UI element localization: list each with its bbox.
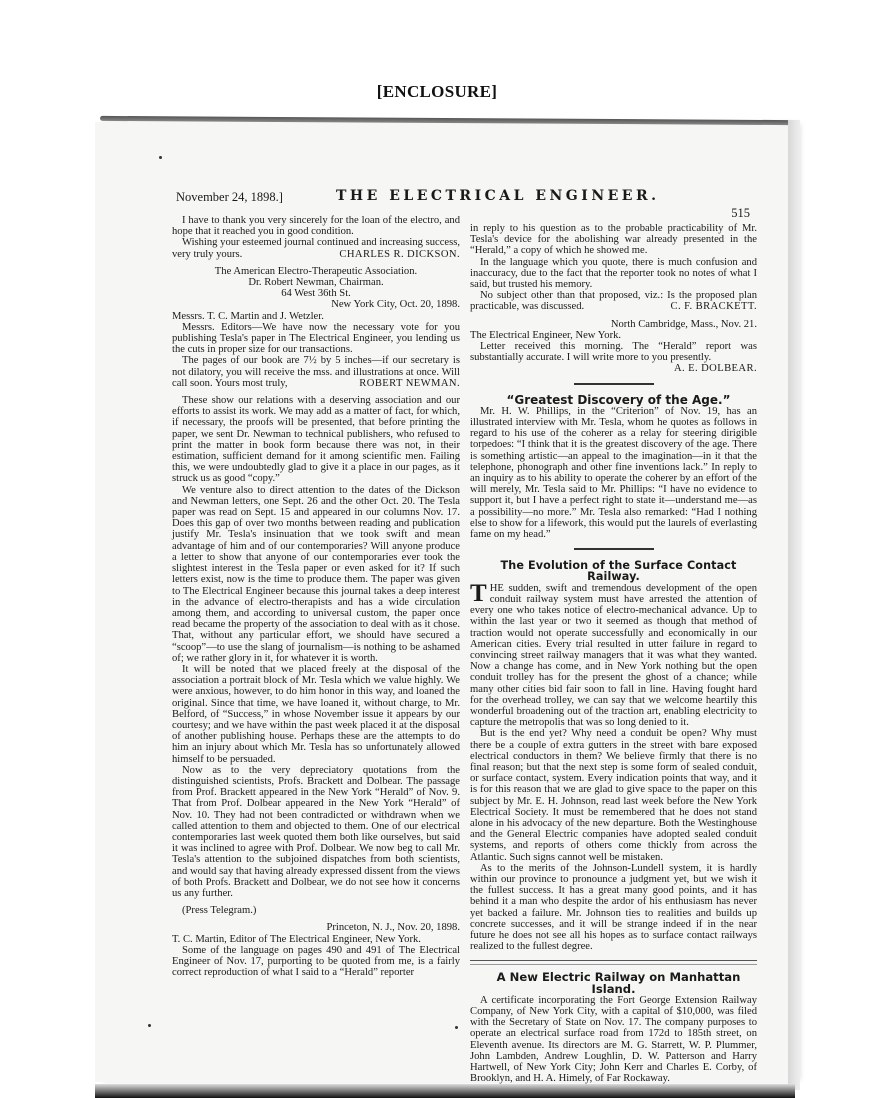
editorial-paragraph: These show our relations with a deservin… xyxy=(172,395,460,485)
article-evolution-p2: But is the end yet? Why need a conduit b… xyxy=(470,728,757,862)
running-head: November 24, 1898.] THE ELECTRICAL ENGIN… xyxy=(176,188,756,208)
newman-place-date: New York City, Oct. 20, 1898. xyxy=(172,299,460,310)
brackett-letter-p3: No subject other than that proposed, viz… xyxy=(470,290,757,312)
editorial-paragraph: It will be noted that we placed freely a… xyxy=(172,664,460,765)
enclosure-label: [ENCLOSURE] xyxy=(0,82,874,102)
article-evolution-p1: THE sudden, swift and tremendous develop… xyxy=(470,583,757,729)
brackett-letter-p2: In the language which you quote, there i… xyxy=(470,257,757,291)
right-column: in reply to his question as to the proba… xyxy=(470,223,757,1084)
newman-signature: ROBERT NEWMAN. xyxy=(349,378,460,389)
section-divider xyxy=(574,548,654,550)
scan-speck xyxy=(455,1026,458,1029)
dolbear-signature: A. E. DOLBEAR. xyxy=(470,363,757,374)
article-title-greatest-discovery: “Greatest Discovery of the Age.” xyxy=(470,395,757,406)
brackett-signature: C. F. BRACKETT. xyxy=(661,301,757,312)
drop-cap: T xyxy=(470,584,487,604)
page-bottom-edge xyxy=(95,1084,795,1098)
brackett-letter-p1-start: Some of the language on pages 490 and 49… xyxy=(172,945,460,979)
newman-letter-p2: The pages of our book are 7½ by 5 inches… xyxy=(172,355,460,389)
newman-chair: Dr. Robert Newman, Chairman. xyxy=(172,277,460,288)
newman-letter-p1: Messrs. Editors—We have now the necessar… xyxy=(172,322,460,356)
page-number: 515 xyxy=(731,206,750,221)
article-body-manhattan: A certificate incorporating the Fort Geo… xyxy=(470,995,757,1085)
scan-speck xyxy=(159,156,162,159)
article-body-greatest-discovery: Mr. H. W. Phillips, in the “Criterion” o… xyxy=(470,406,757,540)
dolbear-addressee: The Electrical Engineer, New York. xyxy=(470,330,757,341)
dolbear-place-date: North Cambridge, Mass., Nov. 21. xyxy=(470,319,757,330)
newman-address: 64 West 36th St. xyxy=(172,288,460,299)
journal-title: THE ELECTRICAL ENGINEER. xyxy=(336,188,659,204)
section-divider-double xyxy=(470,960,757,965)
issue-date: November 24, 1898.] xyxy=(176,190,283,205)
dickson-signature: CHARLES R. DICKSON. xyxy=(329,249,460,260)
newman-addressee: Messrs. T. C. Martin and J. Wetzler. xyxy=(172,311,460,322)
page-right-shadow xyxy=(788,120,800,1090)
brackett-addressee: T. C. Martin, Editor of The Electrical E… xyxy=(172,934,460,945)
dickson-letter-p2: Wishing your esteemed journal continued … xyxy=(172,237,460,259)
newman-org: The American Electro-Therapeutic Associa… xyxy=(172,266,460,277)
brackett-place-date: Princeton, N. J., Nov. 20, 1898. xyxy=(172,922,460,933)
dolbear-letter-p1: Letter received this morning. The “Heral… xyxy=(470,341,757,363)
article-title-surface-contact: The Evolution of the Surface Contact Rai… xyxy=(470,560,757,582)
scan-speck xyxy=(148,1024,151,1027)
press-telegram-label: (Press Telegram.) xyxy=(172,905,460,916)
editorial-paragraph: Now as to the very depreciatory quotatio… xyxy=(172,765,460,899)
article-title-manhattan: A New Electric Railway on Manhattan Isla… xyxy=(470,972,757,994)
dickson-letter-p1: I have to thank you very sincerely for t… xyxy=(172,215,460,237)
article-evolution-p3: As to the merits of the Johnson-Lundell … xyxy=(470,863,757,953)
editorial-paragraph: We venture also to direct attention to t… xyxy=(172,485,460,664)
brackett-letter-p1-end: in reply to his question as to the proba… xyxy=(470,223,757,257)
section-divider xyxy=(574,383,654,385)
article-evolution-p1-text: HE sudden, swift and tremendous developm… xyxy=(470,583,757,728)
left-column: I have to thank you very sincerely for t… xyxy=(172,215,460,978)
